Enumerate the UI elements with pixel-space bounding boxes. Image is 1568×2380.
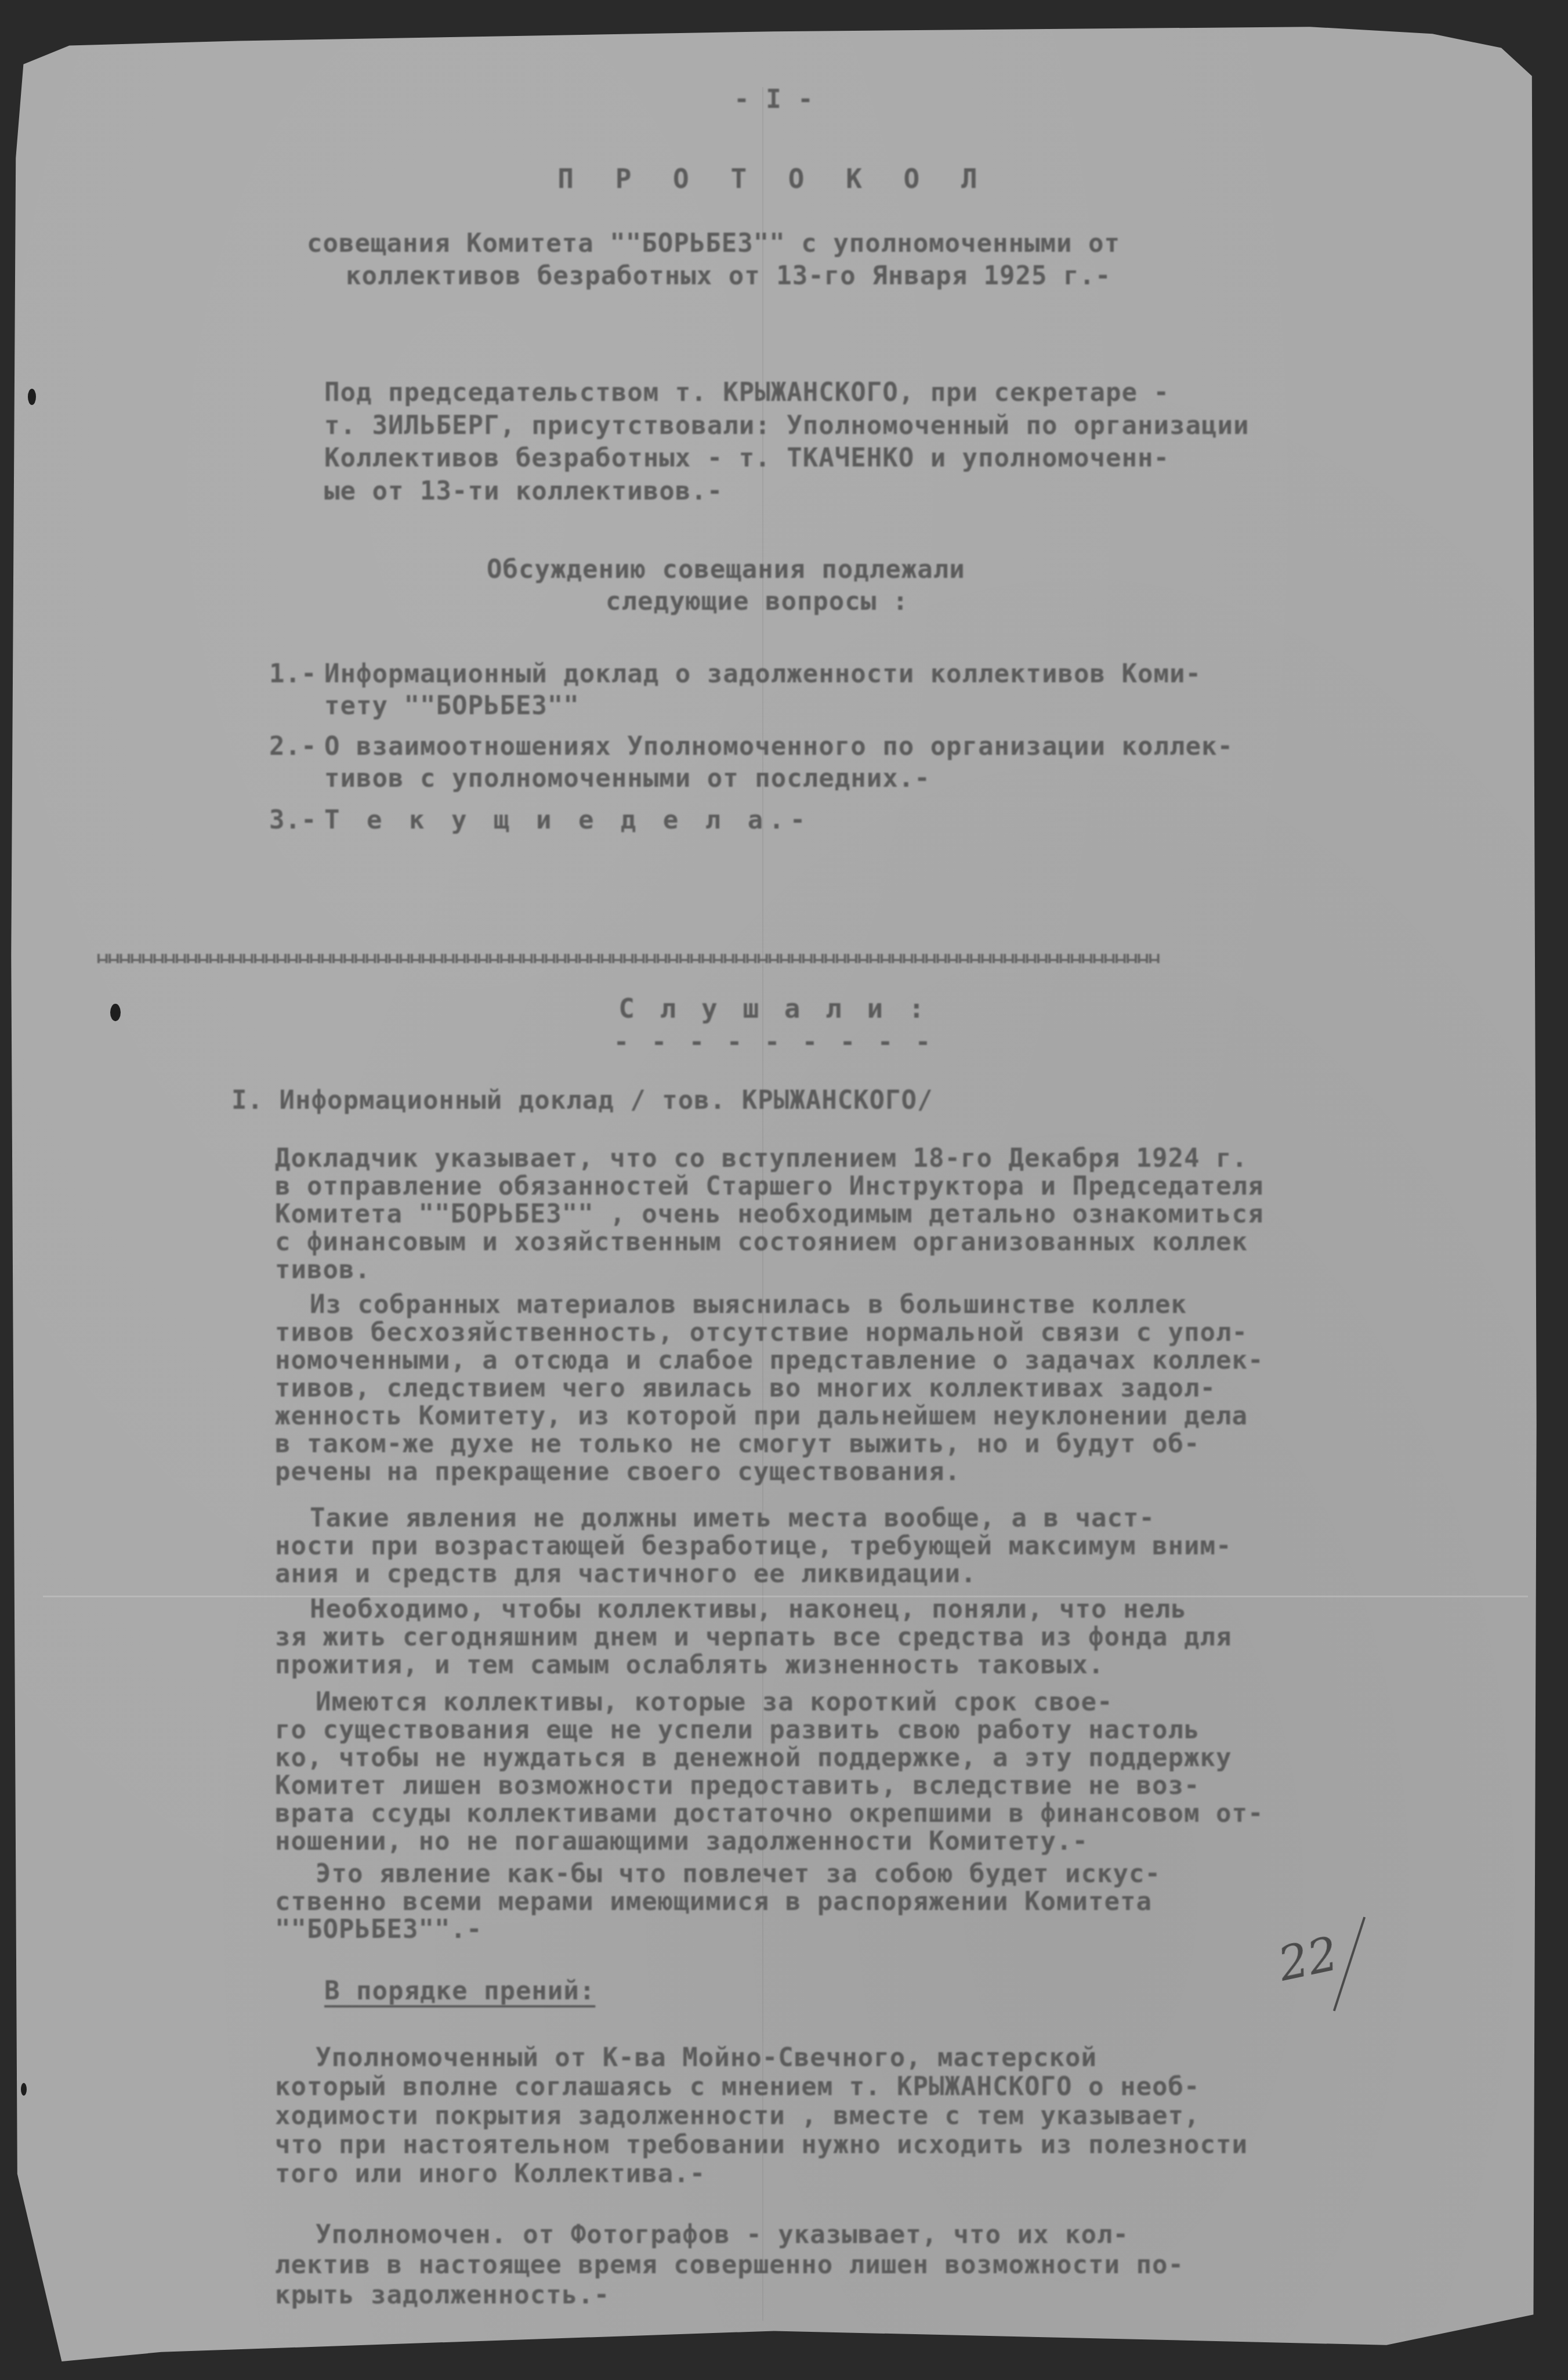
punch-hole-mark xyxy=(28,389,36,405)
body-line: Уполномоченный от К-ва Мойно-Свечного, м… xyxy=(316,2045,1097,2071)
body-line: в таком-же духе не только не смогут выжи… xyxy=(275,1431,1200,1457)
body-line: Необходимо, чтобы коллективы, наконец, п… xyxy=(310,1597,1187,1622)
section-1-heading: I. Информационный доклад / тов. КРЫЖАНСК… xyxy=(231,1088,933,1113)
body-line: Докладчик указывает, что со вступлением … xyxy=(275,1146,1248,1171)
preamble-line-3: Коллективов безработных - т. ТКАЧЕНКО и … xyxy=(324,446,1169,471)
agenda-item-2-line-1: О взаимоотношениях Уполномоченного по ор… xyxy=(324,734,1233,759)
agenda-item-2-line-2: тивов с уполномоченными от последних.- xyxy=(324,766,930,791)
agenda-heading-line-2: следующие вопросы : xyxy=(606,589,908,614)
subtitle-line-1: совещания Комитета ""БОРЬБЕЗ"" с уполном… xyxy=(307,231,1120,256)
body-line: го существования еще не успели развить с… xyxy=(275,1717,1200,1743)
body-line: ания и средств для частичного ее ликвида… xyxy=(275,1561,977,1587)
body-line: ко, чтобы не нуждаться в денежной поддер… xyxy=(275,1745,1232,1771)
body-line: Комитет лишен возможности предоставить, … xyxy=(275,1773,1200,1799)
agenda-item-1-line-2: тету ""БОРЬБЕЗ"" xyxy=(324,693,580,719)
document-sheet: - I - П Р О Т О К О Л совещания Комитета… xyxy=(8,17,1540,2361)
body-line: номоченными, а отсюда и слабое представл… xyxy=(275,1348,1263,1373)
heard-heading-underline: - - - - - - - - - xyxy=(8,1030,1540,1055)
body-line: крыть задолженность.- xyxy=(275,2283,610,2308)
body-line: Это явление как-бы что повлечет за собою… xyxy=(316,1861,1161,1887)
agenda-item-1-line-1: Информационный доклад о задолженности ко… xyxy=(324,661,1201,687)
agenda-heading-line-1: Обсуждению совещания подлежали xyxy=(487,557,965,583)
body-line: тивов бесхозяйственность, отсутствие нор… xyxy=(275,1320,1248,1345)
document-title: П Р О Т О К О Л xyxy=(8,165,1540,192)
preamble-line-1: Под председательством т. КРЫЖАНСКОГО, пр… xyxy=(324,380,1169,406)
agenda-item-3-number: 3.- xyxy=(269,808,317,833)
body-line: ственно всеми мерами имеющимися в распор… xyxy=(275,1889,1152,1915)
body-line: с финансовым и хозяйственным состоянием … xyxy=(275,1229,1248,1255)
body-line: Такие явления не должны иметь места вооб… xyxy=(310,1506,1155,1531)
body-line: который вполне соглашаясь с мнением т. К… xyxy=(275,2074,1200,2100)
preamble-line-4: ые от 13-ти коллективов.- xyxy=(324,479,723,504)
body-line: Комитета ""БОРЬБЕЗ"" , очень необходимым… xyxy=(275,1202,1263,1227)
page-number: - I - xyxy=(8,87,1540,113)
body-line: ""БОРЬБЕЗ"".- xyxy=(275,1917,482,1943)
punch-hole-mark xyxy=(21,2083,27,2096)
body-line: ношении, но не погашающими задолженности… xyxy=(275,1829,1088,1854)
body-line: женность Комитету, из которой при дальне… xyxy=(275,1404,1248,1429)
body-line: ходимости покрытия задолженности , вмест… xyxy=(275,2103,1200,2129)
body-line: ности при возрастающей безработице, треб… xyxy=(275,1533,1232,1559)
body-line: лектив в настоящее время совершенно лише… xyxy=(275,2252,1184,2278)
body-line: Из собранных материалов выяснилась в бол… xyxy=(310,1292,1187,1318)
debate-heading: В порядке прений: xyxy=(324,1978,595,2004)
agenda-item-3-line-1: Т е к у щ и е д е л а.- xyxy=(324,808,811,833)
body-line: врата ссуды коллективами достаточно окре… xyxy=(275,1801,1263,1826)
body-line: речены на прекращение своего существован… xyxy=(275,1459,961,1485)
body-line: того или иного Коллектива.- xyxy=(275,2161,705,2187)
body-line: прожития, и тем самым ослаблять жизненно… xyxy=(275,1652,1105,1678)
agenda-item-2-number: 2.- xyxy=(269,734,317,759)
subtitle-line-2: коллективов безработных от 13-го Января … xyxy=(346,263,1111,289)
body-line: Уполномочен. от Фотографов - указывает, … xyxy=(316,2222,1129,2248)
body-line: Имеются коллективы, которые за короткий … xyxy=(316,1690,1113,1715)
body-line: тивов, следствием чего явилась во многих… xyxy=(275,1376,1216,1401)
typed-divider-line: нннннннннннннннннннннннннннннннннннннннн… xyxy=(95,945,1516,963)
body-line: зя жить сегодняшним днем и черпать все с… xyxy=(275,1625,1232,1650)
preamble-line-2: т. ЗИЛЬБЕРГ, присутствовали: Уполномочен… xyxy=(324,413,1249,439)
agenda-item-1-number: 1.- xyxy=(269,661,317,687)
body-line: в отправление обязанностей Старшего Инст… xyxy=(275,1174,1263,1199)
handwritten-page-number: 22 xyxy=(1273,1926,1342,1991)
body-line: что при настоятельном требовании нужно и… xyxy=(275,2132,1248,2158)
body-line: тивов. xyxy=(275,1257,371,1283)
heard-heading: С л у ш а л и : xyxy=(8,995,1540,1022)
